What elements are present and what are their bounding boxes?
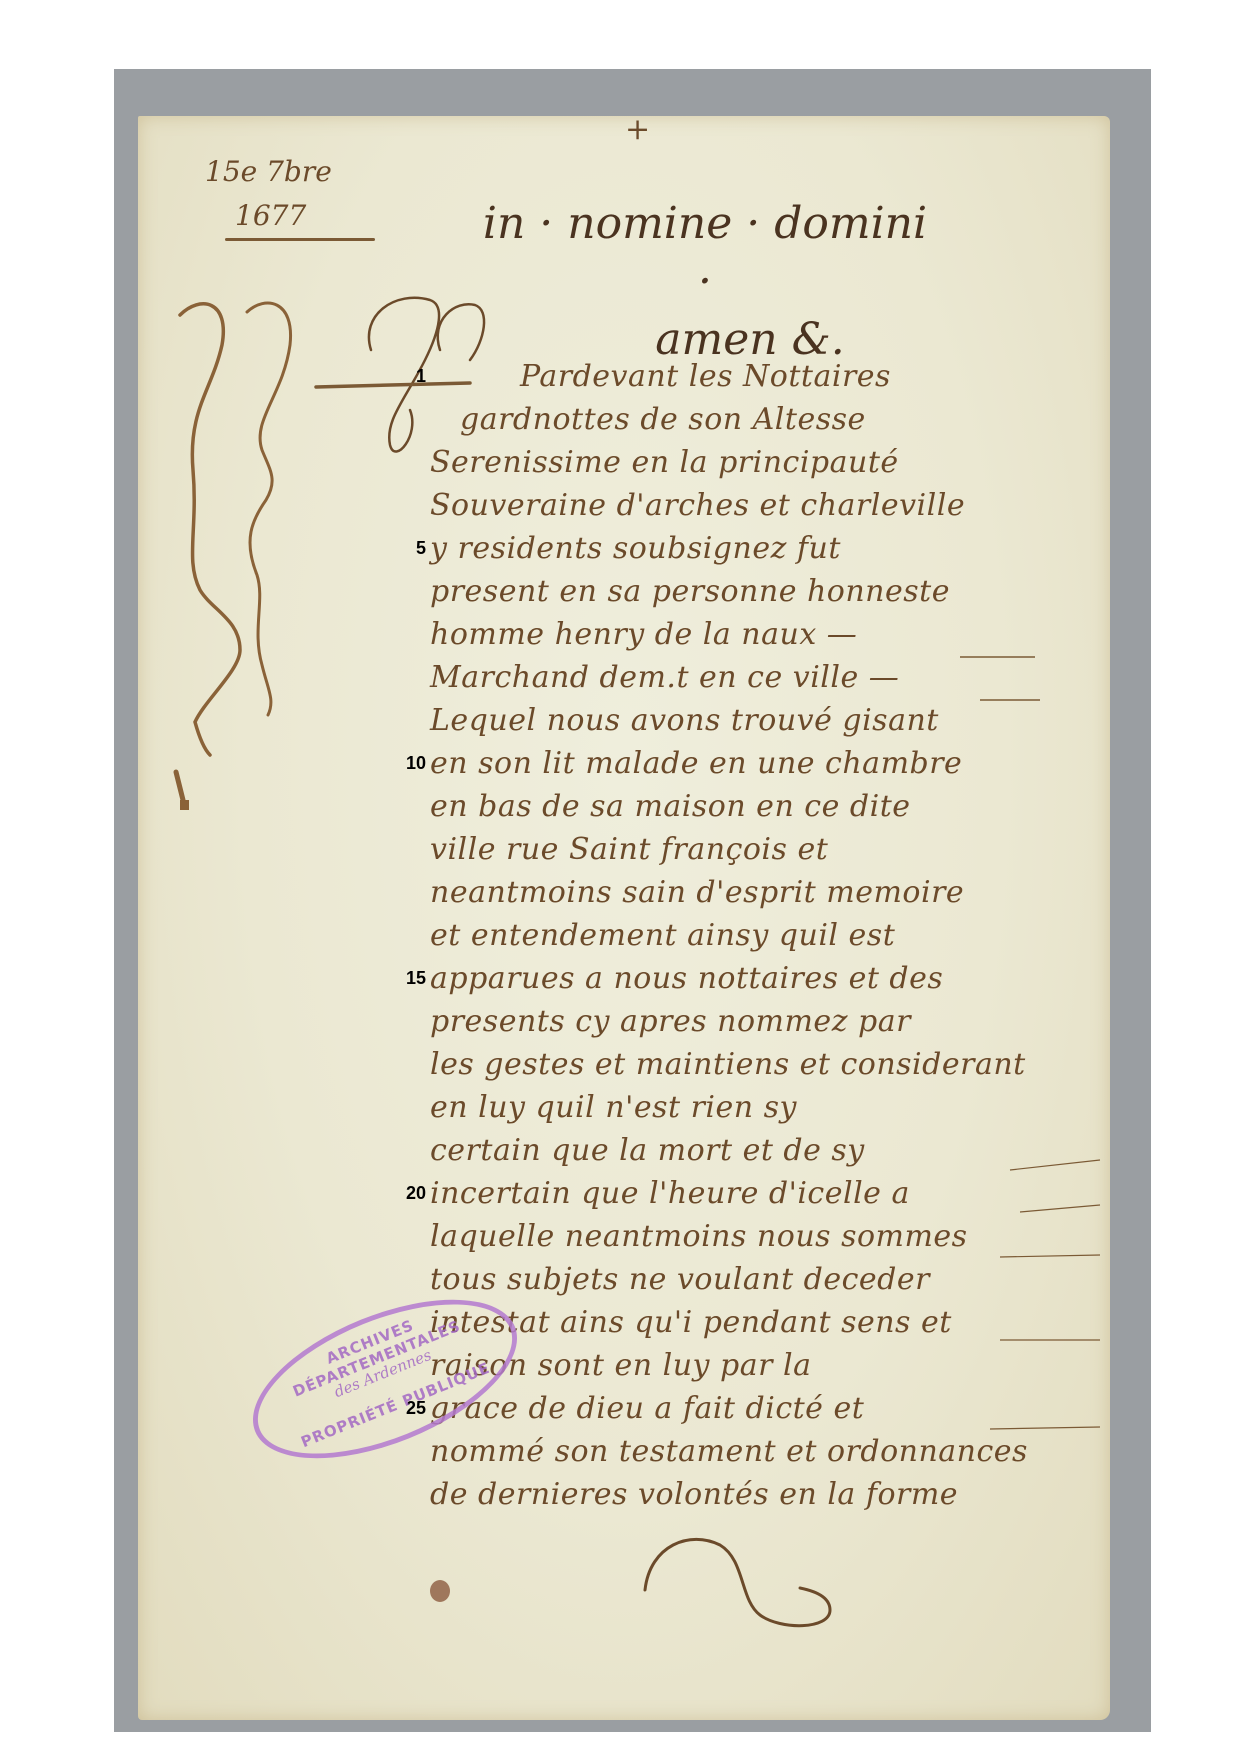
text-line: nommé son testament et ordonnances [430, 1430, 1090, 1473]
text-line: laquelle neantmoins nous sommes [430, 1215, 1090, 1258]
text-line: neantmoins sain d'esprit memoire [430, 871, 1090, 914]
text-line: les gestes et maintiens et considerant [430, 1043, 1090, 1086]
line-text: apparues a nous nottaires et des [430, 961, 943, 996]
line-text: de dernieres volontés en la forme [430, 1477, 958, 1512]
line-text: laquelle neantmoins nous sommes [430, 1219, 968, 1254]
text-line: intestat ains qu'i pendant sens et [430, 1301, 1090, 1344]
text-line: Lequel nous avons trouvé gisant [430, 699, 1090, 742]
manuscript-body: 1Pardevant les Nottaires gardnottes de s… [430, 355, 1090, 1516]
text-line: 20incertain que l'heure d'icelle a [430, 1172, 1090, 1215]
line-text: present en sa personne honneste [430, 574, 950, 609]
line-text: grace de dieu a fait dicté et [430, 1391, 864, 1426]
line-number: 1 [392, 355, 426, 398]
invocation-line-1: in · nomine · domini · [483, 198, 927, 307]
line-number: 5 [392, 527, 426, 570]
line-text: gardnottes de son Altesse [430, 402, 866, 437]
line-text: Pardevant les Nottaires [430, 359, 891, 394]
text-line: Serenissime en la principauté [430, 441, 1090, 484]
text-line: ville rue Saint françois et [430, 828, 1090, 871]
text-line: Marchand dem.t en ce ville — [430, 656, 1090, 699]
cross-mark: + [625, 112, 650, 147]
line-text: certain que la mort et de sy [430, 1133, 865, 1168]
line-text: tous subjets ne voulant deceder [430, 1262, 930, 1297]
text-line: certain que la mort et de sy [430, 1129, 1090, 1172]
text-line: presents cy apres nommez par [430, 1000, 1090, 1043]
line-text: Lequel nous avons trouvé gisant [430, 703, 939, 738]
line-text: en son lit malade en une chambre [430, 746, 962, 781]
line-text: Serenissime en la principauté [430, 445, 899, 480]
line-text: en bas de sa maison en ce dite [430, 789, 911, 824]
invocation-heading: in · nomine · domini · amen &. [470, 195, 940, 369]
text-line: homme henry de la naux — [430, 613, 1090, 656]
line-text: Marchand dem.t en ce ville — [430, 660, 899, 695]
text-line: en luy quil n'est rien sy [430, 1086, 1090, 1129]
text-line: raison sont en luy par la [430, 1344, 1090, 1387]
line-text: et entendement ainsy quil est [430, 918, 895, 953]
line-text: y residents soubsignez fut [430, 531, 841, 566]
margin-date-year: 1677 [205, 194, 332, 238]
margin-date-note: 15e 7bre 1677 [205, 150, 332, 238]
text-line: et entendement ainsy quil est [430, 914, 1090, 957]
text-line: en bas de sa maison en ce dite [430, 785, 1090, 828]
text-line: Souveraine d'arches et charleville [430, 484, 1090, 527]
line-text: Souveraine d'arches et charleville [430, 488, 965, 523]
line-number: 20 [392, 1172, 426, 1215]
margin-date-day-month: 15e 7bre [205, 155, 332, 188]
text-line: 10en son lit malade en une chambre [430, 742, 1090, 785]
line-text: les gestes et maintiens et considerant [430, 1047, 1026, 1082]
date-underline [225, 238, 375, 241]
line-number: 15 [392, 957, 426, 1000]
line-text: ville rue Saint françois et [430, 832, 828, 867]
text-line: present en sa personne honneste [430, 570, 1090, 613]
line-text: incertain que l'heure d'icelle a [430, 1176, 910, 1211]
text-line: gardnottes de son Altesse [430, 398, 1090, 441]
line-number: 10 [392, 742, 426, 785]
line-text: nommé son testament et ordonnances [430, 1434, 1028, 1469]
line-text: homme henry de la naux — [430, 617, 857, 652]
text-line: tous subjets ne voulant deceder [430, 1258, 1090, 1301]
text-line: de dernieres volontés en la forme [430, 1473, 1090, 1516]
text-line: 1Pardevant les Nottaires [430, 355, 1090, 398]
text-line: 5y residents soubsignez fut [430, 527, 1090, 570]
text-line: 15apparues a nous nottaires et des [430, 957, 1090, 1000]
line-text: en luy quil n'est rien sy [430, 1090, 797, 1125]
line-text: presents cy apres nommez par [430, 1004, 911, 1039]
line-text: neantmoins sain d'esprit memoire [430, 875, 964, 910]
text-line: 25grace de dieu a fait dicté et [430, 1387, 1090, 1430]
